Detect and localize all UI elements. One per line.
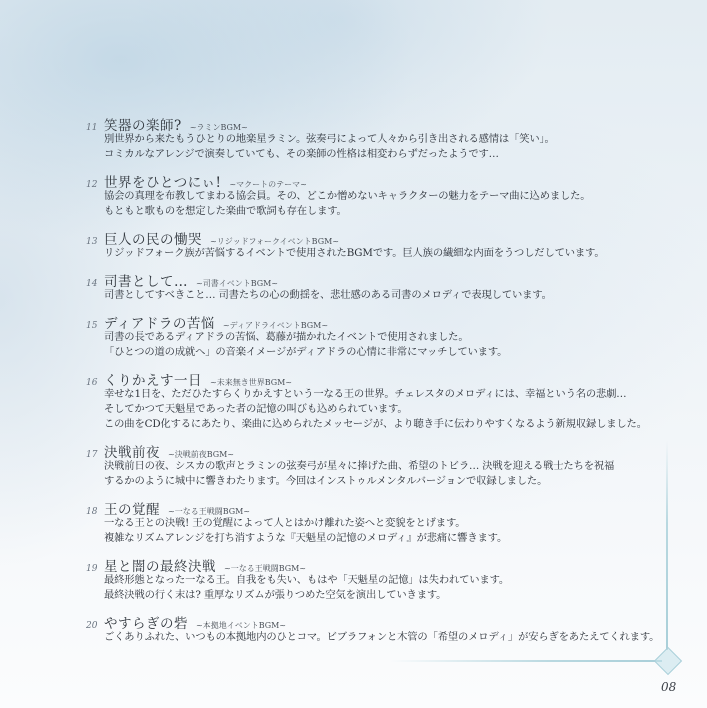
- track-title: ディアドラの苦悩: [104, 312, 215, 332]
- track-number: 11: [86, 123, 104, 133]
- track-header: 12世界をひとつにぃ!~マクートのテーマ~: [86, 171, 676, 189]
- track-title: 笑器の楽師?: [104, 114, 182, 134]
- track-header: 16くりかえす一日~未来無き世界BGM~: [86, 369, 676, 387]
- track-description-line: コミカルなアレンジで演奏していても、その楽師の性格は相変わらずだったようです…: [104, 147, 676, 162]
- track-header: 11笑器の楽師?~ラミンBGM~: [86, 114, 676, 132]
- track-entry: 14司書として…~司書イベントBGM~司書としてすべきこと… 司書たちの心の動揺…: [86, 270, 676, 303]
- track-number: 15: [86, 321, 104, 331]
- track-entry: 11笑器の楽師?~ラミンBGM~別世界から来たもうひとりの地楽星ラミン。弦奏弓に…: [86, 114, 676, 162]
- track-description-line: もともと歌ものを想定した楽曲で歌詞も存在します。: [104, 204, 676, 219]
- track-header: 18王の覚醒~一なる王戦闘BGM~: [86, 498, 676, 516]
- track-description-line: 司書の長であるディアドラの苦悩、葛藤が描かれたイベントで使用されました。: [104, 330, 676, 345]
- track-title: 王の覚醒: [104, 498, 160, 518]
- track-header: 19星と闇の最終決戦~一なる王戦闘BGM~: [86, 555, 676, 573]
- track-description-line: 「ひとつの道の成就へ」の音楽イメージがディアドラの心情に非常にマッチしています。: [104, 345, 676, 360]
- track-number: 12: [86, 180, 104, 190]
- track-description-line: そしてかつて天魁星であった者の記憶の叫びも込められています。: [104, 402, 676, 417]
- track-title: 司書として…: [104, 270, 188, 290]
- track-description-line: 複雑なリズムアレンジを打ち消すような『天魁星の記憶のメロディ』が悲痛に響きます。: [104, 531, 676, 546]
- track-title: やすらぎの砦: [104, 612, 188, 632]
- track-header: 13巨人の民の慟哭~リジッドフォークイベントBGM~: [86, 228, 676, 246]
- track-number: 18: [86, 507, 104, 517]
- track-entry: 19星と闇の最終決戦~一なる王戦闘BGM~最終形態となった一なる王。自我をも失い…: [86, 555, 676, 603]
- track-header: 14司書として…~司書イベントBGM~: [86, 270, 676, 288]
- track-description-line: 別世界から来たもうひとりの地楽星ラミン。弦奏弓によって人々から引き出される感情は…: [104, 132, 676, 147]
- track-number: 14: [86, 279, 104, 289]
- track-description-line: ごくありふれた、いつもの本拠地内のひとコマ。ビブラフォンと木管の「希望のメロディ…: [104, 630, 676, 645]
- track-description-line: 一なる王との決戦! 王の覚醒によって人とはかけ離れた姿へと変貌をとげます。: [104, 516, 676, 531]
- track-entry: 17決戦前夜~決戦前夜BGM~決戦前日の夜、シスカの歌声とラミンの弦奏弓が星々に…: [86, 441, 676, 489]
- frame-border-horizontal: [390, 660, 662, 662]
- track-entry: 12世界をひとつにぃ!~マクートのテーマ~協会の真理を布教してまわる協会員。その…: [86, 171, 676, 219]
- track-title: 決戦前夜: [104, 441, 160, 461]
- track-entry: 18王の覚醒~一なる王戦闘BGM~一なる王との決戦! 王の覚醒によって人とはかけ…: [86, 498, 676, 546]
- track-list: 11笑器の楽師?~ラミンBGM~別世界から来たもうひとりの地楽星ラミン。弦奏弓に…: [86, 114, 676, 654]
- track-description-line: 協会の真理を布教してまわる協会員。その、どこか憎めないキャラクターの魅力をテーマ…: [104, 189, 676, 204]
- track-description-line: 最終決戦の行く末は? 重厚なリズムが張りつめた空気を演出していきます。: [104, 588, 676, 603]
- track-number: 20: [86, 621, 104, 631]
- track-header: 15ディアドラの苦悩~ディアドライベントBGM~: [86, 312, 676, 330]
- track-description-line: 幸せな1日を、ただひたすらくりかえすという一なる王の世界。チェレスタのメロディに…: [104, 387, 676, 402]
- track-description-line: 司書としてすべきこと… 司書たちの心の動揺を、悲壮感のある司書のメロディで表現し…: [104, 288, 676, 303]
- track-description-line: 決戦前日の夜、シスカの歌声とラミンの弦奏弓が星々に捧げた曲、希望のトビラ… 決戦…: [104, 459, 676, 474]
- page-number: 08: [661, 680, 676, 694]
- track-entry: 15ディアドラの苦悩~ディアドライベントBGM~司書の長であるディアドラの苦悩、…: [86, 312, 676, 360]
- track-number: 13: [86, 237, 104, 247]
- track-number: 19: [86, 564, 104, 574]
- track-description-line: するかのように城中に響きわたります。今回はインストゥルメンタルバージョンで収録し…: [104, 474, 676, 489]
- track-header: 20やすらぎの砦~本拠地イベントBGM~: [86, 612, 676, 630]
- track-title: 星と闇の最終決戦: [104, 555, 216, 575]
- track-entry: 20やすらぎの砦~本拠地イベントBGM~ごくありふれた、いつもの本拠地内のひとコ…: [86, 612, 676, 645]
- track-number: 16: [86, 378, 104, 388]
- track-header: 17決戦前夜~決戦前夜BGM~: [86, 441, 676, 459]
- track-title: 世界をひとつにぃ!: [104, 171, 221, 191]
- track-entry: 13巨人の民の慟哭~リジッドフォークイベントBGM~リジッドフォーク族が苦悩する…: [86, 228, 676, 261]
- track-title: くりかえす一日: [104, 369, 202, 389]
- track-title: 巨人の民の慟哭: [104, 228, 202, 248]
- track-number: 17: [86, 450, 104, 460]
- track-description-line: リジッドフォーク族が苦悩するイベントで使用されたBGMです。巨人族の繊細な内面を…: [104, 246, 676, 261]
- track-entry: 16くりかえす一日~未来無き世界BGM~幸せな1日を、ただひたすらくりかえすとい…: [86, 369, 676, 432]
- track-description-line: この曲をCD化するにあたり、楽曲に込められたメッセージが、より聴き手に伝わりやす…: [104, 417, 676, 432]
- track-description-line: 最終形態となった一なる王。自我をも失い、もはや「天魁星の記憶」は失われています。: [104, 573, 676, 588]
